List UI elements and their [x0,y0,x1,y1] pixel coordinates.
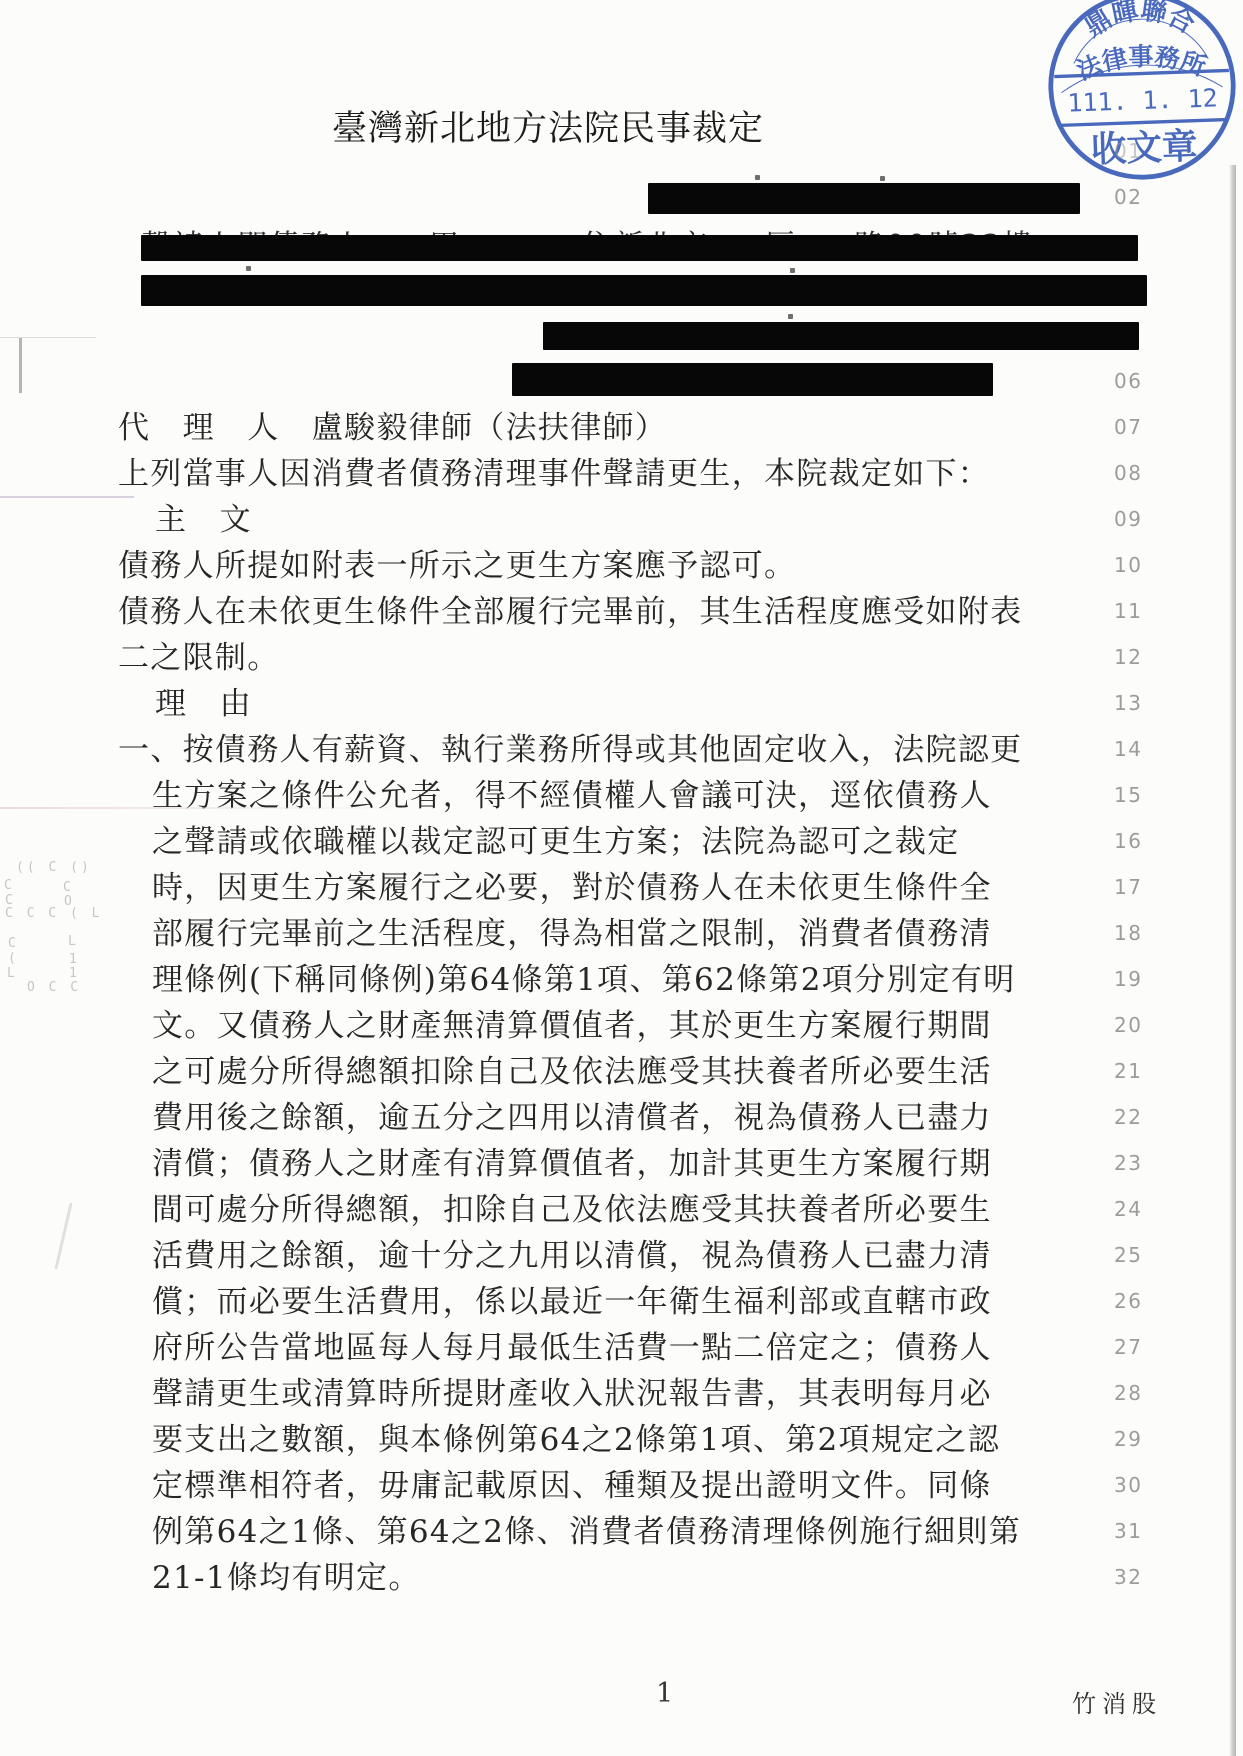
redacted-party-line-fragment: 聲請人即債務人 甲○○ 住新北市○○區○○路00號33樓 [141,221,1138,235]
redaction-bar-2 [141,235,1138,261]
body-line-13: 理 由 [155,684,252,724]
scan-noise-mark-7: C [8,936,19,951]
scan-noise-mark-8: L [68,934,79,949]
body-line-30: 定標準相符者，毋庸記載原因、種類及提出證明文件。同條 [152,1466,992,1506]
margin-line-number-25: 25 [1114,1243,1164,1267]
margin-line-number-07: 07 [1114,415,1164,439]
margin-line-number-26: 26 [1114,1289,1164,1313]
court-ruling-scanned-page: 鼎暉聯合 法律事務所 111. 1. 12 收文章 臺灣新北地方法院民事裁定 聲… [0,0,1243,1756]
body-line-11: 債務人在未依更生條件全部履行完畢前，其生活程度應受如附表 [118,592,1022,632]
scan-crease-line-2 [0,807,420,809]
redaction-glyph-tip-2 [880,176,885,181]
margin-line-number-10: 10 [1114,553,1164,577]
body-line-29: 要支出之數額，與本條例第64之2條第1項、第2項規定之認 [152,1420,1000,1460]
margin-line-number-08: 08 [1114,461,1164,485]
body-line-24: 間可處分所得總額，扣除自己及依法應受其扶養者所必要生 [152,1190,992,1230]
scan-noise-mark-1: (( C () [16,860,92,875]
body-line-20: 文。又債務人之財產無清算價值者，其於更生方案履行期間 [152,1006,992,1046]
margin-line-number-02: 02 [1114,185,1164,209]
body-line-23: 清償；債務人之財產有清算價值者，加計其更生方案履行期 [152,1144,992,1184]
body-line-15: 生方案之條件公允者，得不經債權人會議可決，逕依債務人 [152,776,992,816]
margin-line-number-11: 11 [1114,599,1164,623]
margin-line-number-32: 32 [1114,1565,1164,1589]
body-line-25: 活費用之餘額，逾十分之九用以清償，視為債務人已盡力清 [152,1236,992,1276]
margin-line-number-06: 06 [1114,369,1164,393]
scan-noise-mark-9: ( [8,951,19,966]
body-line-16: 之聲請或依職權以裁定認可更生方案；法院為認可之裁定 [152,822,960,862]
body-line-27: 府所公告當地區每人每月最低生活費一點二倍定之；債務人 [152,1328,992,1368]
body-line-07: 代 理 人 盧駿毅律師（法扶律師） [118,408,667,448]
scan-artifact-vertical-tick [19,337,22,393]
body-line-21: 之可處分所得總額扣除自己及依法應受其扶養者所必要生活 [152,1052,992,1092]
scan-noise-mark-10: 1 [69,952,80,967]
scan-crease-line-1 [0,496,134,498]
stamp-org-line2: 法律事務所 [1072,40,1211,86]
body-line-10: 債務人所提如附表一所示之更生方案應予認可。 [118,546,796,586]
scan-noise-mark-3: C [63,880,74,895]
scan-noise-mark-2: C [4,878,15,893]
scan-artifact-slash [54,1203,72,1270]
redaction-bar-4 [543,322,1139,350]
redaction-bar-1 [648,183,1080,214]
document-title: 臺灣新北地方法院民事裁定 [332,101,764,151]
margin-line-number-21: 21 [1114,1059,1164,1083]
redaction-glyph-tip-5 [788,314,793,319]
margin-line-number-24: 24 [1114,1197,1164,1221]
redaction-glyph-tip-4 [790,268,795,273]
redaction-glyph-tip-1 [755,175,760,180]
redaction-glyph-tip-3 [246,266,251,271]
body-line-22: 費用後之餘額，逾五分之四用以清償者，視為債務人已盡力 [152,1098,992,1138]
page-number: 1 [656,1678,673,1709]
margin-line-number-14: 14 [1114,737,1164,761]
scan-noise-mark-13: O C C [27,980,81,995]
scan-noise-mark-12: 1 [69,966,80,981]
margin-line-number-13: 13 [1114,691,1164,715]
body-line-18: 部履行完畢前之生活程度，得為相當之限制，消費者債務清 [152,914,992,954]
margin-line-number-31: 31 [1114,1519,1164,1543]
margin-line-number-30: 30 [1114,1473,1164,1497]
body-line-09: 主 文 [155,500,252,540]
margin-line-number-19: 19 [1114,967,1164,991]
margin-line-number-27: 27 [1114,1335,1164,1359]
scan-edge-streak [1229,165,1236,1756]
margin-line-number-01: 01 [1114,139,1164,163]
margin-line-number-28: 28 [1114,1381,1164,1405]
margin-line-number-20: 20 [1114,1013,1164,1037]
body-line-32: 21-1條均有明定。 [152,1558,421,1598]
body-line-19: 理條例(下稱同條例)第64條第1項、第62條第2項分別定有明 [152,960,1016,1000]
margin-line-number-16: 16 [1114,829,1164,853]
court-section-label: 竹消股 [1072,1684,1162,1719]
scan-artifact-hairline [0,337,96,338]
body-line-28: 聲請更生或清算時所提財產收入狀況報告書，其表明每月必 [152,1374,992,1414]
body-line-31: 例第64之1條、第64之2條、消費者債務清理條例施行細則第 [152,1512,1021,1552]
body-line-08: 上列當事人因消費者債務清理事件聲請更生，本院裁定如下： [118,454,990,494]
margin-line-number-09: 09 [1114,507,1164,531]
redaction-bar-3 [141,275,1147,306]
margin-line-number-15: 15 [1114,783,1164,807]
margin-line-number-18: 18 [1114,921,1164,945]
scan-noise-mark-6: C C C ( L [5,906,102,921]
margin-line-number-29: 29 [1114,1427,1164,1451]
stamp-date: 111. 1. 12 [1067,83,1218,117]
body-line-14: 一、按債務人有薪資、執行業務所得或其他固定收入，法院認更 [118,730,1022,770]
margin-line-number-17: 17 [1114,875,1164,899]
body-line-12: 二之限制。 [118,638,280,678]
redaction-bar-5 [512,363,993,396]
scan-noise-mark-11: L [7,966,18,981]
margin-line-number-22: 22 [1114,1105,1164,1129]
margin-line-number-23: 23 [1114,1151,1164,1175]
body-line-26: 償；而必要生活費用，係以最近一年衛生福利部或直轄市政 [152,1282,992,1322]
margin-line-number-12: 12 [1114,645,1164,669]
body-line-17: 時，因更生方案履行之必要，對於債務人在未依更生條件全 [152,868,992,908]
